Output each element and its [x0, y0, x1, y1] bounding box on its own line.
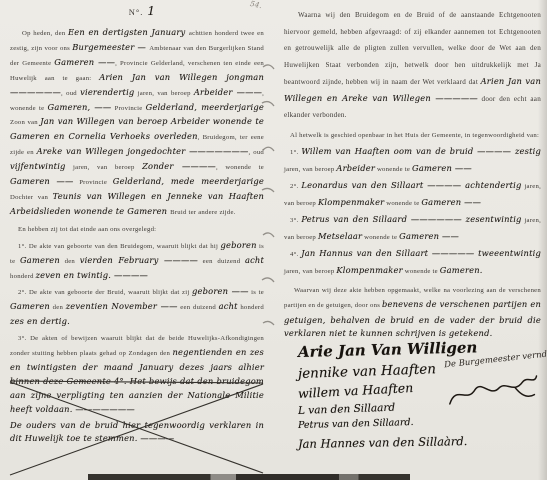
handwritten-text: geboren —— [192, 286, 249, 296]
printed-text: jaren, van beroep [284, 166, 336, 173]
handwritten-text: vierendertig [80, 87, 134, 97]
printed-text: den [50, 304, 66, 311]
handwritten-text: Gameren. [440, 265, 483, 275]
printed-text: En hebben zij tot dat einde aan ons over… [18, 226, 156, 233]
printed-text: , wonende te [216, 164, 264, 171]
scanned-marriage-record-page: 54. N°. 1 Op heden, den Een en dertigste… [0, 0, 547, 480]
handwritten-text: Zonder ———— [142, 161, 216, 171]
handwritten-text: zes en dertig. [10, 316, 70, 326]
handwritten-text: Gameren —— [399, 231, 459, 241]
printed-text: wonende te [375, 166, 412, 173]
signature-witness-3: Petrus van den Sillaard. [298, 414, 541, 431]
handwritten-text: acht [219, 301, 238, 311]
printed-text: Dochter van [10, 194, 53, 201]
handwritten-text: Arbeider ——— [194, 87, 262, 97]
act-number-value: 1 [147, 4, 155, 18]
witness-4: 4°. Jan Hannus van den Sillaart ————— tw… [284, 245, 541, 278]
handwritten-text: Willem van Haaften oom van de bruid ————… [301, 146, 541, 156]
handwritten-text: Gameren —— [54, 57, 115, 67]
handwritten-text: Een en dertigsten January [68, 27, 189, 37]
act-number: N°. 1 [20, 2, 264, 20]
printed-text: , oud [61, 90, 80, 97]
printed-text: een duizend [178, 304, 219, 311]
handwritten-text: Gameren —— [421, 197, 481, 207]
handwritten-text: Arbeider [336, 163, 375, 173]
closing-paragraph: Waarvan wij deze akte hebben opgemaakt, … [284, 282, 541, 340]
printed-text: wonende te [384, 200, 421, 207]
handwritten-text: Gelderland, mede meerderjarige [113, 176, 264, 186]
printed-text: Zoon van [10, 119, 40, 126]
handwritten-text: Leonardus van den Sillaart ———— achtende… [301, 180, 521, 190]
handwritten-text: Gameren —— [10, 176, 74, 186]
handwritten-text: Klompenmaker [318, 197, 384, 207]
printed-text: honderd [10, 273, 36, 280]
printed-text: Waarna wij den Bruidegom en de Bruid of … [284, 11, 541, 86]
vows-paragraph: Waarna wij den Bruidegom en de Bruid of … [284, 6, 541, 123]
printed-text: jaren, van beroep [284, 268, 336, 275]
witness-3: 3°. Petrus van den Sillaard —————— zesen… [284, 211, 541, 244]
scan-edge-artifact [88, 474, 410, 480]
handwritten-text: Gameren [20, 255, 60, 265]
public-act-line: Al hetwelk is geschied openbaar in het H… [284, 126, 541, 142]
handwritten-text: Burgemeester — [72, 42, 149, 52]
witness-2: 2°. Leonardus van den Sillaart ———— acht… [284, 177, 541, 210]
handwritten-text: Gameren —— [412, 163, 472, 173]
printed-text: 3°. [290, 217, 301, 224]
handwritten-text: Klompenmaker [336, 265, 402, 275]
printed-text: een duizend [198, 258, 245, 265]
item-2-birth-bride: 2°. De akte van geboorte der Bruid, waar… [10, 284, 264, 328]
handwritten-text: Metselaar [318, 231, 362, 241]
handwritten-text: Gameren [10, 301, 50, 311]
printed-text: Op heden, den [22, 30, 68, 37]
handwritten-text: Jan Hannus van den Sillaart ————— tweeen… [301, 248, 541, 258]
printed-text: wonende te [403, 268, 440, 275]
handwritten-text: zeventien November —— [66, 301, 178, 311]
opening-paragraph: Op heden, den Een en dertigsten January … [10, 25, 264, 219]
overgelegd-line: En hebben zij tot dat einde aan ons over… [10, 221, 264, 236]
handwritten-text: Areke van Willegen jongedochter ——————— [37, 146, 249, 156]
page-edge-shadow [538, 0, 547, 480]
handwritten-text: Petrus van den Sillaard —————— zesentwin… [301, 214, 521, 224]
right-column: Waarna wij den Bruidegom en de Bruid of … [284, 6, 541, 451]
printed-text: Provincie [111, 105, 145, 112]
signature-block: Arie Jan Van Willigen jennike van Haafte… [298, 343, 541, 451]
ink-bleed-marks [260, 55, 278, 355]
printed-text: 2°. [290, 183, 301, 190]
handwritten-text: geboren [221, 240, 257, 250]
item-1-birth-groom: 1°. De akte van geboorte van den Bruideg… [10, 238, 264, 283]
cross-out-x [8, 377, 265, 478]
printed-text: 1°. [290, 149, 301, 156]
act-number-label: N°. [129, 7, 144, 17]
handwritten-text: vierden February ———— [80, 255, 198, 265]
printed-text: Bruid ter andere zijde. [170, 209, 236, 216]
handwritten-text: Gelderland, meerderjarige [146, 102, 264, 112]
handwritten-text: zeven en twintig. ———— [36, 270, 148, 280]
witness-1: 1°. Willem van Haaften oom van de bruid … [284, 143, 541, 176]
printed-text: 1°. De akte van geboorte van den Bruideg… [18, 243, 221, 250]
printed-text: jaren, van beroep [134, 90, 193, 97]
printed-text: Al hetwelk is geschied openbaar in het H… [290, 132, 539, 139]
handwritten-text: vijfentwintig [10, 161, 66, 171]
printed-text: den [60, 258, 80, 265]
printed-text: Provincie [74, 179, 113, 186]
signature-witness-4: Jan Hannes van den Sillaàrd. [298, 433, 541, 451]
printed-text: 2°. De akte van geboorte der Bruid, waar… [18, 289, 192, 296]
printed-text: 4°. [290, 251, 301, 258]
printed-text: wonende te [362, 234, 399, 241]
handwritten-text: Gameren, —— [48, 102, 112, 112]
printed-text: jaren, van beroep [66, 164, 143, 171]
